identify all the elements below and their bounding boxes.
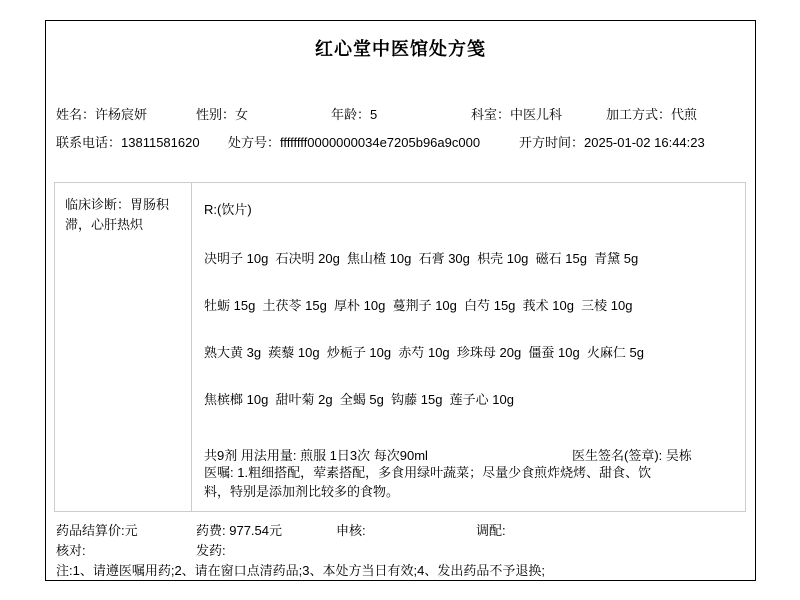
herb-line: 焦槟榔 10g 甜叶菊 2g 全蝎 5g 钩藤 15g 莲子心 10g xyxy=(204,389,514,408)
prescription-number-field: 处方号：ffffffff0000000034e7205b96a9c000 xyxy=(228,135,480,151)
dispense-field: 发药: xyxy=(196,543,226,558)
prescription-time-field: 开方时间：2025-01-02 16:44:23 xyxy=(519,135,705,151)
gender-label: 性别： xyxy=(196,107,235,122)
phone-value: 13811581620 xyxy=(121,135,200,150)
prescription-body: R:(饮片) 决明子 10g 石决明 20g 焦山楂 10g 石膏 30g 枳壳… xyxy=(192,183,745,511)
gender-value: 女 xyxy=(235,107,248,122)
patient-name-label: 姓名： xyxy=(56,107,95,122)
processing-method-label: 加工方式： xyxy=(606,107,671,122)
department-field: 科室：中医儿科 xyxy=(471,107,562,123)
check-label: 核对: xyxy=(56,543,86,558)
patient-name-field: 姓名：许杨宸妍 xyxy=(56,107,147,123)
doctor-signature-field: 医生签名(签章): 吴栋 xyxy=(572,445,692,464)
gender-field: 性别：女 xyxy=(196,107,248,123)
phone-label: 联系电话： xyxy=(56,135,121,150)
age-value: 5 xyxy=(370,107,377,122)
age-field: 年龄：5 xyxy=(331,107,377,123)
clinical-diagnosis-cell: 临床诊断：胃肠积滞，心肝热炽 xyxy=(55,183,192,511)
doctor-signature-value: 吴栋 xyxy=(666,448,692,463)
medicine-fee-label: 药费: xyxy=(196,523,229,538)
phone-field: 联系电话：13811581620 xyxy=(56,135,200,151)
department-value: 中医儿科 xyxy=(510,107,562,122)
herb-line: 牡蛎 15g 土茯苓 15g 厚朴 10g 蔓荆子 10g 白芍 15g 莪术 … xyxy=(204,295,632,314)
prescription-table: 临床诊断：胃肠积滞，心肝热炽 R:(饮片) 决明子 10g 石决明 20g 焦山… xyxy=(54,182,746,512)
prescription-time-value: 2025-01-02 16:44:23 xyxy=(584,135,705,150)
prescription-time-label: 开方时间： xyxy=(519,135,584,150)
settlement-price-field: 药品结算价:元 xyxy=(56,523,138,538)
usage-instructions: 共9剂 用法用量: 煎服 1日3次 每次90ml xyxy=(204,445,428,464)
review-field: 申核: xyxy=(336,523,366,538)
doctor-signature-label: 医生签名(签章): xyxy=(572,448,666,463)
diagnosis-label: 临床诊断： xyxy=(65,197,130,212)
dispense-label: 发药: xyxy=(196,543,226,558)
herb-line: 熟大黄 3g 蒺藜 10g 炒栀子 10g 赤芍 10g 珍珠母 20g 僵蚕 … xyxy=(204,342,644,361)
prescription-number-label: 处方号： xyxy=(228,135,280,150)
settlement-price-value: 元 xyxy=(125,523,138,538)
compound-field: 调配: xyxy=(476,523,506,538)
medicine-fee-value: 977.54元 xyxy=(229,523,282,538)
herb-line: 决明子 10g 石决明 20g 焦山楂 10g 石膏 30g 枳壳 10g 磁石… xyxy=(204,248,638,267)
review-label: 申核: xyxy=(336,523,366,538)
prescription-number-value: ffffffff0000000034e7205b96a9c000 xyxy=(280,135,480,150)
check-field: 核对: xyxy=(56,543,86,558)
footer-note: 注:1、请遵医嘱用药;2、请在窗口点清药品;3、本处方当日有效;4、发出药品不予… xyxy=(56,563,545,578)
processing-method-value: 代煎 xyxy=(671,107,697,122)
department-label: 科室： xyxy=(471,107,510,122)
medicine-fee-field: 药费: 977.54元 xyxy=(196,523,282,538)
processing-method-field: 加工方式：代煎 xyxy=(606,107,697,123)
compound-label: 调配: xyxy=(476,523,506,538)
rx-header: R:(饮片) xyxy=(204,199,252,218)
page-title: 红心堂中医馆处方笺 xyxy=(46,35,755,61)
settlement-price-label: 药品结算价: xyxy=(56,523,125,538)
prescription-sheet: 红心堂中医馆处方笺 姓名：许杨宸妍 性别：女 年龄：5 科室：中医儿科 加工方式… xyxy=(45,20,756,581)
age-label: 年龄： xyxy=(331,107,370,122)
patient-name-value: 许杨宸妍 xyxy=(95,107,147,122)
medical-advice: 医嘱: 1.粗细搭配，荤素搭配，多食用绿叶蔬菜；尽量少食煎炸烧烤、甜食、饮料，特… xyxy=(204,463,656,501)
